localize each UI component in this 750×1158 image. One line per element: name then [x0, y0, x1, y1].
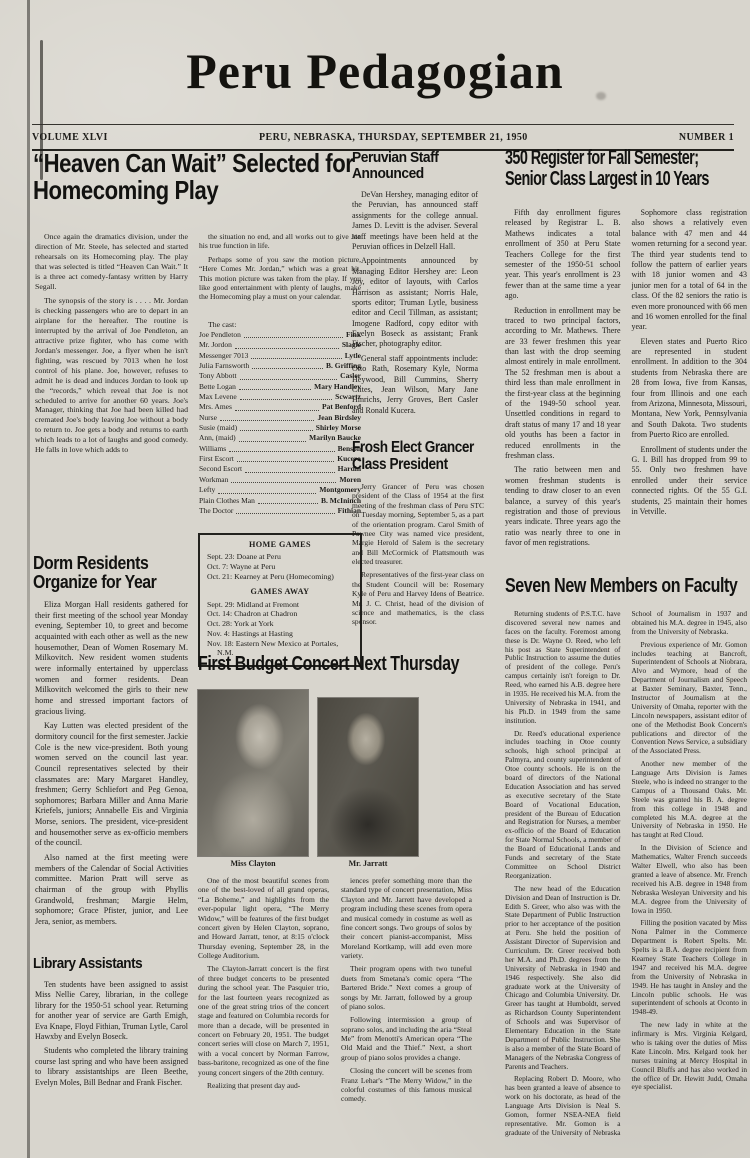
cast-row: Mr. Jordon Slagle	[199, 340, 361, 350]
headline-line1: Frosh Elect Grancer	[352, 440, 490, 457]
frosh-article: Jerry Grancer of Peru was chosen preside…	[352, 482, 484, 631]
paragraph: Representatives of the first-year class …	[352, 570, 484, 626]
faculty-article: Returning students of P.S.T.C. have disc…	[505, 610, 747, 1145]
paragraph: The synopsis of the story is . . . . Mr.…	[35, 296, 188, 456]
paragraph: Previous experience of Mr. Gomon include…	[632, 641, 748, 757]
concert-article-col2: iences prefer something more than the st…	[341, 876, 472, 1108]
cast-role: Lefty	[199, 485, 215, 495]
headline-budget-concert: First Budget Concert Next Thursday	[198, 654, 484, 675]
dotted-leader	[220, 420, 315, 421]
cast-row: Joe Pendleton Fink	[199, 330, 361, 340]
peruvian-article: DeVan Hershey, managing editor of the Pe…	[352, 190, 478, 420]
cast-row: Nurse Jean Birdsley	[199, 413, 361, 423]
cast-actor: Shirley Morse	[316, 423, 361, 433]
dotted-leader	[240, 399, 332, 400]
heaven-article-col1: Once again the dramatics division, under…	[35, 232, 188, 459]
cast-role: Susie (maid)	[199, 423, 237, 433]
paragraph: The Clayton-Jarratt concert is the first…	[198, 964, 329, 1077]
paragraph: Kay Lutten was elected president of the …	[35, 721, 188, 849]
dotted-leader	[235, 348, 339, 349]
cast-role: Nurse	[199, 413, 217, 423]
dotted-leader	[239, 441, 306, 442]
paragraph: Perhaps some of you saw the motion pictu…	[199, 255, 361, 302]
paragraph: Enrollment of students under the G. I. B…	[632, 445, 748, 518]
volume-label: VOLUME XLVI	[32, 132, 108, 143]
game-entry: Sept. 29: Midland at Fremont	[207, 600, 353, 610]
miss-clayton-caption: Miss Clayton	[198, 859, 308, 868]
paragraph: Students who completed the library train…	[35, 1046, 188, 1088]
newspaper-title: Peru Pedagogian	[0, 42, 750, 100]
paragraph: One of the most beautiful scenes from on…	[198, 876, 329, 960]
cast-row: Julia Farnsworth B. Griffing	[199, 361, 361, 371]
paragraph: Reduction in enrollment may be traced to…	[505, 306, 621, 462]
dotted-leader	[231, 482, 336, 483]
game-entry: Oct. 14: Chadron at Chadron	[207, 609, 353, 619]
paragraph: Appointments announced by Managing Edito…	[352, 256, 478, 350]
cast-role: Second Escort	[199, 464, 242, 474]
paragraph: Also named at the first meeting were mem…	[35, 853, 188, 928]
cast-row: Williams Benson	[199, 444, 361, 454]
dotted-leader	[237, 461, 334, 462]
paragraph: Sophomore class registration also shows …	[632, 208, 748, 333]
paragraph: Following intermission a group of sopran…	[341, 1015, 472, 1062]
headline-350-register: 350 Register for Fall Semester; Senior C…	[505, 148, 747, 190]
cast-row: Plain Clothes Man B. McIninch	[199, 496, 361, 506]
cast-row: Bette Logan Mary Handley	[199, 382, 361, 392]
newspaper-page: Peru Pedagogian VOLUME XLVI PERU, NEBRAS…	[0, 0, 750, 1158]
dotted-leader	[244, 337, 343, 338]
paragraph: DeVan Hershey, managing editor of the Pe…	[352, 190, 478, 252]
paragraph: Eleven states and Puerto Rico are repres…	[632, 337, 748, 441]
binding-shadow	[27, 0, 30, 1158]
dotted-leader	[252, 368, 323, 369]
dotted-leader	[218, 493, 316, 494]
cast-role: Max Levene	[199, 392, 237, 402]
cast-role: Bette Logan	[199, 382, 236, 392]
cast-role: The Doctor	[199, 506, 233, 516]
dotted-leader	[235, 410, 319, 411]
cast-row: Messenger 7013 Lytle	[199, 351, 361, 361]
headline-line1: 350 Register for Fall Semester;	[505, 148, 747, 169]
cast-row: The Doctor Fithian	[199, 506, 361, 516]
cast-role: Tony Abbott	[199, 371, 237, 381]
paragraph: Filling the position vacated by Miss Non…	[632, 919, 748, 1017]
dotted-leader	[236, 513, 334, 514]
headline-line2: Senior Class Largest in 10 Years	[505, 169, 747, 190]
paragraph: Closing the concert will be scenes from …	[341, 1066, 472, 1104]
cast-row: Mrs. Ames Pat Benford	[199, 402, 361, 412]
concert-article-col1: One of the most beautiful scenes from on…	[198, 876, 329, 1094]
game-entry: Oct. 7: Wayne at Peru	[207, 562, 353, 572]
paragraph: Eliza Morgan Hall residents gathered for…	[35, 600, 188, 717]
cast-list: Joe Pendleton Fink Mr. Jordon Slagle Mes…	[199, 330, 361, 516]
library-article: Ten students have been assigned to assis…	[35, 980, 188, 1092]
cast-row: Ann, (maid) Marilyn Baucke	[199, 433, 361, 443]
cast-role: First Escort	[199, 454, 234, 464]
cast-row: Tony Abbott Casler	[199, 371, 361, 381]
paragraph: Ten students have been assigned to assis…	[35, 980, 188, 1042]
number-label: NUMBER 1	[679, 132, 734, 143]
game-entry: Nov. 4: Hastings at Hasting	[207, 629, 353, 639]
paragraph: The new lady in white at the infirmary i…	[632, 1021, 748, 1092]
dotted-leader	[240, 379, 338, 380]
paragraph: Realizing that present day aud-	[198, 1081, 329, 1090]
cast-row: Workman Moren	[199, 475, 361, 485]
dorm-article: Eliza Morgan Hall residents gathered for…	[35, 600, 188, 932]
cast-row: Second Escort Hardin	[199, 464, 361, 474]
paragraph: Returning students of P.S.T.C. have disc…	[505, 610, 621, 726]
miss-clayton-photo	[198, 690, 308, 856]
away-games-title: GAMES AWAY	[207, 587, 353, 597]
headline-frosh-elect: Frosh Elect Grancer Class President	[352, 440, 490, 473]
game-entry: Oct. 28: York at York	[207, 619, 353, 629]
dotted-leader	[240, 430, 313, 431]
paragraph: iences prefer something more than the st…	[341, 876, 472, 960]
heaven-article-col2: the situation no end, and all works out …	[199, 232, 361, 306]
game-entry: Sept. 23: Doane at Peru	[207, 552, 353, 562]
dotted-leader	[258, 503, 318, 504]
paragraph: Another new member of the Language Arts …	[632, 760, 748, 840]
games-schedule-box: HOME GAMES Sept. 23: Doane at PeruOct. 7…	[198, 533, 362, 667]
headline-dorm-residents: Dorm Residents Organize for Year	[33, 554, 184, 591]
paragraph: Jerry Grancer of Peru was chosen preside…	[352, 482, 484, 566]
paragraph: Once again the dramatics division, under…	[35, 232, 188, 292]
paragraph: The new head of the Education Division a…	[505, 885, 621, 1072]
game-entry: Oct. 21: Kearney at Peru (Homecoming)	[207, 572, 353, 582]
register-article: Fifth day enrollment figures released by…	[505, 208, 747, 560]
dotted-leader	[239, 389, 311, 390]
cast-row: Susie (maid) Shirley Morse	[199, 423, 361, 433]
headline-library-assistants: Library Assistants	[33, 956, 179, 972]
cast-role: Workman	[199, 475, 228, 485]
dateline-text: PERU, NEBRASKA, THURSDAY, SEPTEMBER 21, …	[259, 132, 528, 143]
mr-jarratt-photo	[318, 698, 418, 856]
headline-line2: Class President	[352, 457, 490, 474]
cast-role: Mr. Jordon	[199, 340, 232, 350]
cast-role: Messenger 7013	[199, 351, 248, 361]
paragraph: The ratio between men and women freshman…	[505, 465, 621, 548]
home-games-list: Sept. 23: Doane at PeruOct. 7: Wayne at …	[207, 552, 353, 581]
dotted-leader	[251, 358, 341, 359]
paragraph: In the Division of Science and Mathemati…	[632, 844, 748, 915]
paragraph: Their program opens with two tuneful due…	[341, 964, 472, 1011]
away-games-list: Sept. 29: Midland at FremontOct. 14: Cha…	[207, 600, 353, 658]
headline-seven-new-members: Seven New Members on Faculty	[505, 576, 748, 597]
cast-row: Lefty Montgomery	[199, 485, 361, 495]
cast-role: Joe Pendleton	[199, 330, 241, 340]
mr-jarratt-caption: Mr. Jarratt	[318, 859, 418, 868]
paragraph: Fifth day enrollment figures released by…	[505, 208, 621, 302]
cast-role: Julia Farnsworth	[199, 361, 249, 371]
paragraph: General staff appointments include: Otto…	[352, 354, 478, 416]
cast-role: Mrs. Ames	[199, 402, 232, 412]
cast-role: Plain Clothes Man	[199, 496, 255, 506]
dotted-leader	[229, 451, 334, 452]
paragraph: the situation no end, and all works out …	[199, 232, 361, 251]
cast-row: First Escort Kucera	[199, 454, 361, 464]
headline-heaven-can-wait: “Heaven Can Wait” Selected for Homecomin…	[33, 150, 366, 204]
cast-row: Max Levene Scwartz	[199, 392, 361, 402]
dotted-leader	[245, 472, 335, 473]
cast-role: Williams	[199, 444, 226, 454]
home-games-title: HOME GAMES	[207, 540, 353, 550]
headline-peruvian-staff: Peruvian Staff Announced	[352, 150, 483, 181]
cast-role: Ann, (maid)	[199, 433, 236, 443]
paragraph: Dr. Reed's educational experience includ…	[505, 730, 621, 881]
cast-list-label: The cast:	[199, 320, 361, 329]
